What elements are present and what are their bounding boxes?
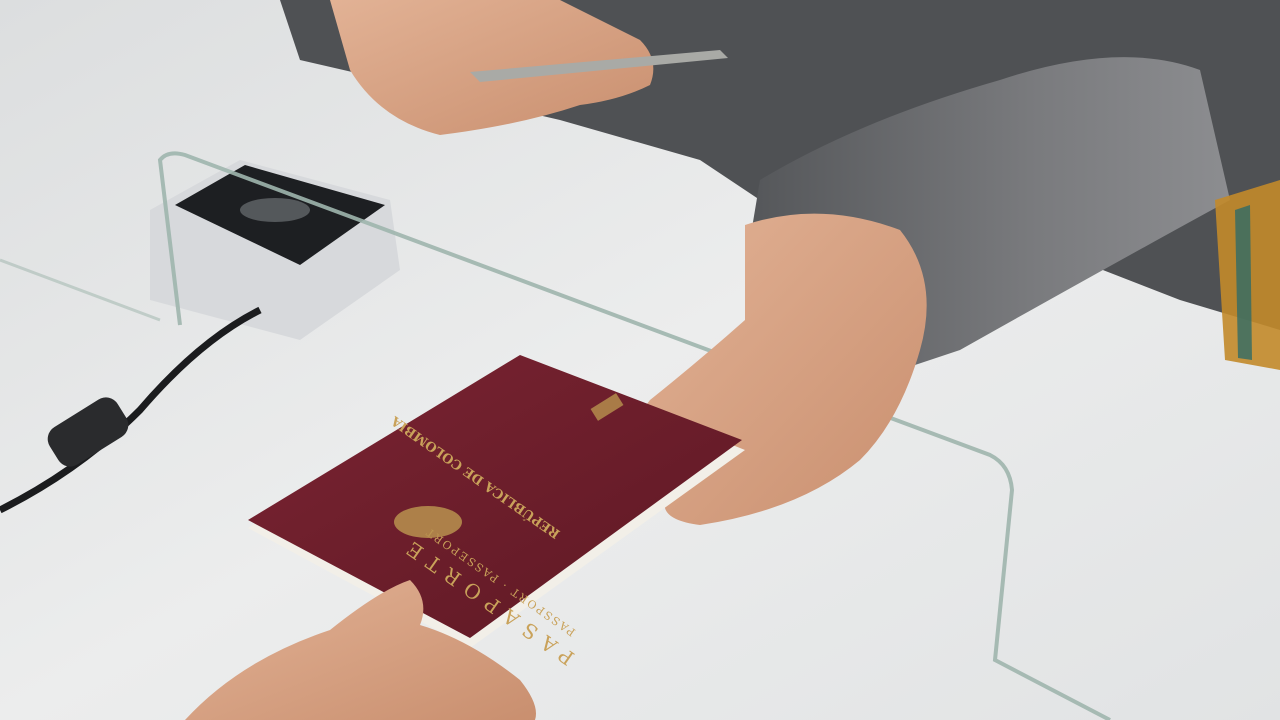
photo-scene: PASAPORTE PASSPORT · PASSEPORT REPÚBLICA… <box>0 0 1280 720</box>
coat-of-arms-icon <box>394 506 462 538</box>
scene-illustration: PASAPORTE PASSPORT · PASSEPORT REPÚBLICA… <box>0 0 1280 720</box>
